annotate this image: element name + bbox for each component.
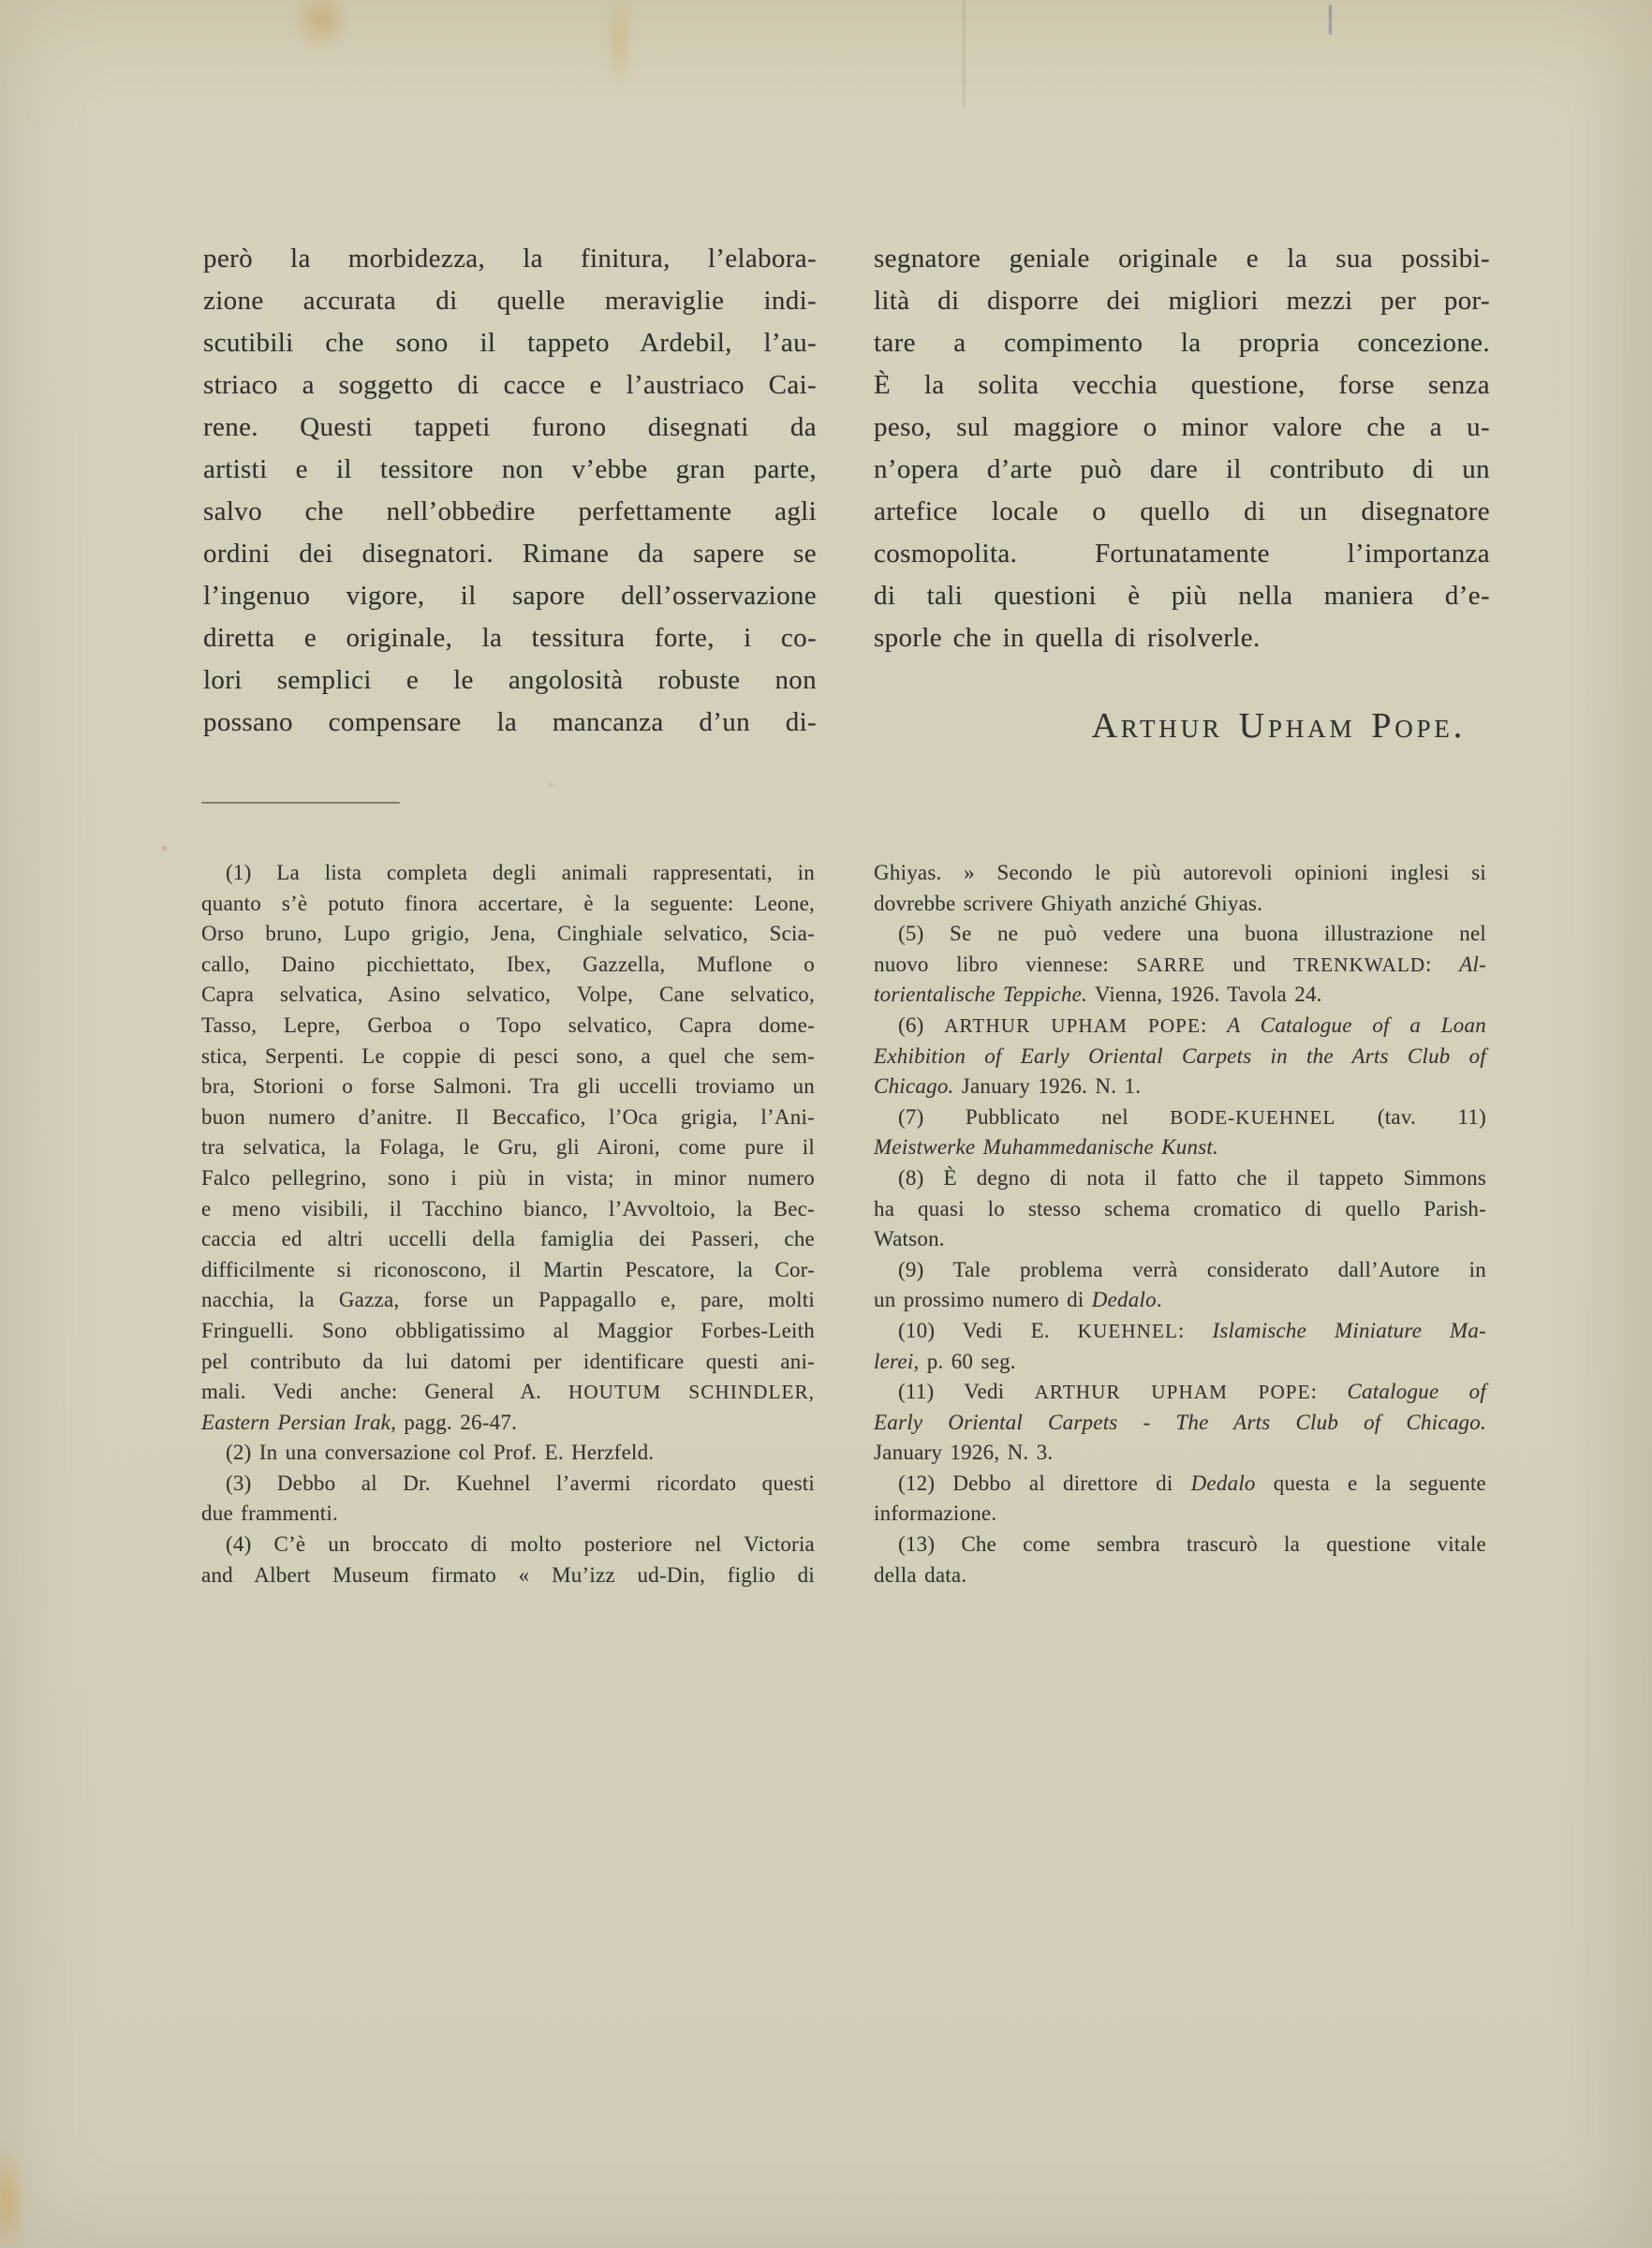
paper-speck: [549, 783, 553, 787]
paper-scratch: [1329, 5, 1332, 35]
paper-speck: [162, 846, 167, 850]
text-line: Eastern Persian Irak, pagg. 26-47.: [201, 1408, 815, 1439]
text-line: January 1926, N. 3.: [874, 1438, 1486, 1469]
text-line: salvo che nell’obbedire perfettamente ag…: [203, 491, 817, 533]
paper-stain: [605, 0, 633, 88]
text-line: (6) ARTHUR UPHAM POPE: A Catalogue of a …: [874, 1011, 1486, 1042]
author-signature: Arthur Upham Pope.: [874, 704, 1490, 747]
text-line: due frammenti.: [201, 1499, 815, 1530]
text-line: artisti e il tessitore non v’ebbe gran p…: [203, 449, 817, 491]
text-line: and Albert Museum firmato « Mu’izz ud-Di…: [201, 1560, 815, 1591]
text-line: l’ingenuo vigore, il sapore dell’osserva…: [203, 575, 817, 617]
text-line: (11) Vedi ARTHUR UPHAM POPE: Catalogue o…: [874, 1377, 1486, 1408]
text-line: (5) Se ne può vedere una buona illustraz…: [874, 919, 1486, 950]
text-line: Watson.: [874, 1224, 1486, 1255]
text-line: zione accurata di quelle meraviglie indi…: [203, 280, 817, 322]
text-line: (1) La lista completa degli animali rapp…: [201, 858, 815, 889]
text-line: bra, Storioni o forse Salmoni. Tra gli u…: [201, 1072, 815, 1102]
text-line: torientalische Teppiche. Vienna, 1926. T…: [874, 980, 1486, 1011]
text-line: cosmopolita. Fortunatamente l’importanza: [874, 533, 1490, 575]
footnotes-left-column: (1) La lista completa degli animali rapp…: [201, 858, 815, 1590]
text-line: n’opera d’arte può dare il contributo di…: [874, 449, 1490, 491]
text-line: lità di disporre dei migliori mezzi per …: [874, 280, 1490, 322]
text-line: artefice locale o quello di un disegnato…: [874, 491, 1490, 533]
text-line: scutibili che sono il tappeto Ardebil, l…: [203, 322, 817, 364]
text-line: stica, Serpenti. Le coppie di pesci sono…: [201, 1042, 815, 1072]
text-line: buon numero d’anitre. Il Beccafico, l’Oc…: [201, 1102, 815, 1133]
footnotes-right-column: Ghiyas. » Secondo le più autorevoli opin…: [874, 858, 1486, 1590]
text-line: informazione.: [874, 1499, 1486, 1530]
paper-crease: [963, 0, 965, 108]
text-line: (2) In una conversazione col Prof. E. He…: [201, 1438, 815, 1469]
text-line: (13) Che come sembra trascurò la questio…: [874, 1530, 1486, 1560]
text-line: quanto s’è potuto finora accertare, è la…: [201, 889, 815, 920]
text-line: caccia ed altri uccelli della famiglia d…: [201, 1224, 815, 1255]
text-line: peso, sul maggiore o minor valore che a …: [874, 407, 1490, 449]
text-line: (7) Pubblicato nel BODE-KUEHNEL (tav. 11…: [874, 1102, 1486, 1133]
text-line: tare a compimento la propria concezione.: [874, 322, 1490, 364]
text-line: Capra selvatica, Asino selvatico, Volpe,…: [201, 980, 815, 1011]
text-line: striaco a soggetto di cacce e l’austriac…: [203, 364, 817, 407]
text-line: pel contributo da lui datomi per identif…: [201, 1347, 815, 1378]
scanned-page: però la morbidezza, la finitura, l’elabo…: [0, 0, 1652, 2248]
text-line: rene. Questi tappeti furono disegnati da: [203, 407, 817, 449]
text-line: sporle che in quella di risolverle.: [874, 617, 1490, 659]
text-line: segnatore geniale originale e la sua pos…: [874, 238, 1490, 280]
text-line: Early Oriental Carpets - The Arts Club o…: [874, 1408, 1486, 1439]
text-line: nacchia, la Gazza, forse un Pappagallo e…: [201, 1285, 815, 1316]
text-line: Fringuelli. Sono obbligatissimo al Maggi…: [201, 1316, 815, 1347]
paper-stain: [0, 2143, 26, 2248]
text-line: (9) Tale problema verrà considerato dall…: [874, 1255, 1486, 1286]
text-line: tra selvatica, la Folaga, le Gru, gli Ai…: [201, 1132, 815, 1163]
main-text-right-column: segnatore geniale originale e la sua pos…: [874, 238, 1490, 659]
text-line: difficilmente si riconoscono, il Martin …: [201, 1255, 815, 1286]
main-text-left-column: però la morbidezza, la finitura, l’elabo…: [203, 238, 817, 744]
text-line: Orso bruno, Lupo grigio, Jena, Cinghiale…: [201, 919, 815, 950]
text-line: (3) Debbo al Dr. Kuehnel l’avermi ricord…: [201, 1469, 815, 1500]
text-line: ha quasi lo stesso schema cromatico di q…: [874, 1194, 1486, 1225]
text-line: callo, Daino picchiettato, Ibex, Gazzell…: [201, 950, 815, 981]
text-line: dovrebbe scrivere Ghiyath anziché Ghiyas…: [874, 889, 1486, 920]
text-line: Ghiyas. » Secondo le più autorevoli opin…: [874, 858, 1486, 889]
text-line: mali. Vedi anche: General A. HOUTUM SCHI…: [201, 1377, 815, 1408]
text-line: Meistwerke Muhammedanische Kunst.: [874, 1132, 1486, 1163]
text-line: e meno visibili, il Tacchino bianco, l’A…: [201, 1194, 815, 1225]
text-line: nuovo libro viennese: SARRE und TRENKWAL…: [874, 950, 1486, 981]
text-line: (8) È degno di nota il fatto che il tapp…: [874, 1163, 1486, 1194]
text-line: possano compensare la mancanza d’un di-: [203, 702, 817, 744]
text-line: Exhibition of Early Oriental Carpets in …: [874, 1042, 1486, 1072]
text-line: però la morbidezza, la finitura, l’elabo…: [203, 238, 817, 280]
text-line: della data.: [874, 1560, 1486, 1591]
page: { "main": { "signature": "Arthur Upham P…: [0, 0, 1652, 2248]
text-line: un prossimo numero di Dedalo.: [874, 1285, 1486, 1316]
text-line: (4) C’è un broccato di molto posteriore …: [201, 1530, 815, 1560]
text-line: (10) Vedi E. KUEHNEL: Islamische Miniatu…: [874, 1316, 1486, 1347]
text-line: diretta e originale, la tessitura forte,…: [203, 617, 817, 659]
text-line: Falco pellegrino, sono i più in vista; i…: [201, 1163, 815, 1194]
footnote-divider: [201, 802, 400, 804]
text-line: (12) Debbo al direttore di Dedalo questa…: [874, 1469, 1486, 1500]
text-line: lerei, p. 60 seg.: [874, 1347, 1486, 1378]
paper-stain: [292, 0, 350, 51]
text-line: Chicago. January 1926. N. 1.: [874, 1072, 1486, 1102]
text-line: di tali questioni è più nella maniera d’…: [874, 575, 1490, 617]
text-line: lori semplici e le angolosità robuste no…: [203, 659, 817, 702]
text-line: Tasso, Lepre, Gerboa o Topo selvatico, C…: [201, 1011, 815, 1042]
text-line: ordini dei disegnatori. Rimane da sapere…: [203, 533, 817, 575]
text-line: È la solita vecchia questione, forse sen…: [874, 364, 1490, 407]
